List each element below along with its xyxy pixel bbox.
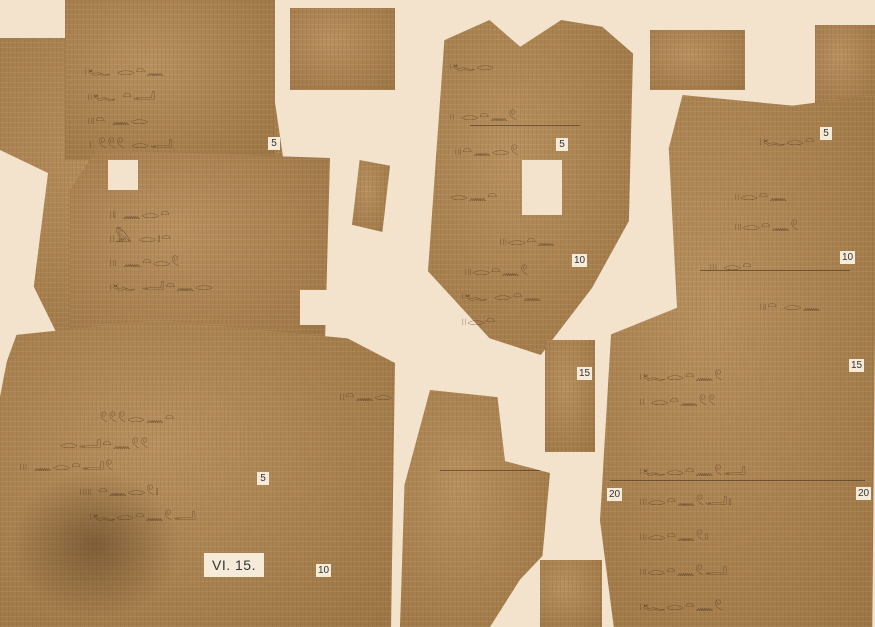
ink-row: 𓏺𓏻 𓂋𓏏 (710, 250, 753, 275)
line-marker: 20 (856, 487, 871, 500)
ink-row: 𓏼𓂋𓏏𓈖𓏲𓂝 (640, 555, 728, 580)
ink-row: 𓏻 𓂋𓏏𓈖𓏲𓏲 (640, 385, 717, 410)
ink-row: 𓏺𓏻𓂋𓏏𓈖 (500, 225, 556, 250)
ink-row: 𓏺𓆑𓂋𓏏 (760, 125, 815, 150)
ink-row: 𓏺𓆑 𓂋𓏏𓈖 (462, 280, 542, 305)
line-marker: 5 (820, 127, 832, 140)
plate-label: VI. 15. (204, 553, 264, 577)
ink-row: 𓏻 𓂋𓏏𓈖𓏲 (450, 100, 518, 125)
line-marker: 10 (316, 564, 331, 577)
ink-row: 𓏻𓏏𓈖𓂋 (340, 380, 393, 405)
ink-row: 𓏺𓏻 𓈖𓂋𓏏𓂝𓏲 (20, 450, 114, 475)
ink-row: 𓏼𓂋𓏏𓈖𓏲 (735, 210, 800, 235)
ink-row: 𓏺𓆑𓂋𓏏𓈖𓏲 (640, 360, 723, 385)
ink-row: 𓏼𓂋𓏏𓈖𓏲 (465, 255, 530, 280)
ink-row: 𓏺𓆑𓂋𓏏𓈖𓏲 (640, 590, 723, 615)
line-marker: 5 (268, 137, 280, 150)
ink-row: 𓏺𓆑𓂋𓏏𓈖𓏲𓂝 (640, 455, 747, 480)
ink-row: 𓏺𓏻𓂋𓏏𓈖𓏲𓂝𓏤 (640, 485, 733, 510)
papyrus-fragment-top-small (290, 8, 395, 90)
ink-row: 𓏼𓏏 𓂋𓈖 (760, 290, 821, 315)
ink-row: 𓏺 𓏲𓏲𓏲 𓂋𓂝 (90, 128, 174, 153)
papyrus-fragment-right-top (650, 30, 745, 90)
line-marker: 15 (577, 367, 592, 380)
ink-row: 𓏻𓏼 𓏏𓈖𓂋𓏲𓏤 (80, 475, 160, 500)
papyrus-fragment-right-corner (815, 25, 875, 105)
ink-row: 𓏼𓏏 𓈖𓂋 (88, 104, 149, 129)
ink-row: 𓏼 𓈖𓏏𓂋𓏲 (110, 246, 180, 271)
line-marker: 5 (257, 472, 269, 485)
ink-row: 𓏲𓏲𓏲𓂋𓈖𓏏 (100, 402, 175, 427)
ink-row: 𓏺𓆑 𓂋𓏏𓈖 (85, 55, 165, 80)
line-marker: 15 (849, 359, 864, 372)
ink-row: 𓂋𓈖𓏏 (450, 180, 498, 205)
ink-row: 𓏺𓆑𓂋 (450, 50, 495, 75)
ink-row: 𓏺𓆑 𓂝𓏏𓈖𓂋 (110, 270, 214, 295)
ink-row: 𓏻𓅓 𓂋𓏤𓏏 (110, 222, 172, 247)
papyrus-fragment-middle-lower (400, 390, 550, 627)
ink-row: 𓏺𓏤 𓈖𓂋𓏏 (110, 198, 171, 223)
ink-row: 𓏻𓂋𓏏 (462, 305, 496, 330)
ink-row: 𓏻𓂋𓏏𓈖 (735, 180, 788, 205)
ink-row: 𓏺𓆑𓂋𓏏𓈖𓏲𓂝 (90, 500, 197, 525)
line-marker: 20 (607, 488, 622, 501)
ink-row: 𓏺𓏻𓂋𓏏𓈖𓏲𓏤 (640, 520, 709, 545)
line-marker: 10 (572, 254, 587, 267)
papyrus-fragment-middle-strip (545, 340, 595, 452)
papyrus-fragment-sliver (352, 160, 390, 232)
line-marker: 10 (840, 251, 855, 264)
line-marker: 5 (556, 138, 568, 151)
ink-row: 𓏼𓏏𓈖𓂋𓏲 (455, 135, 520, 160)
papyrus-fragment-middle-foot (540, 560, 602, 627)
ink-row: 𓏻𓆑 𓏏𓂝 (88, 80, 157, 105)
papyrus-plate: 𓏺𓆑 𓂋𓏏𓈖 𓏻𓆑 𓏏𓂝 𓏼𓏏 𓈖𓂋 𓏺 𓏲𓏲𓏲 𓂋𓂝 𓏺𓏤 𓈖𓂋𓏏 𓏻𓅓 𓂋𓏤… (0, 0, 875, 627)
